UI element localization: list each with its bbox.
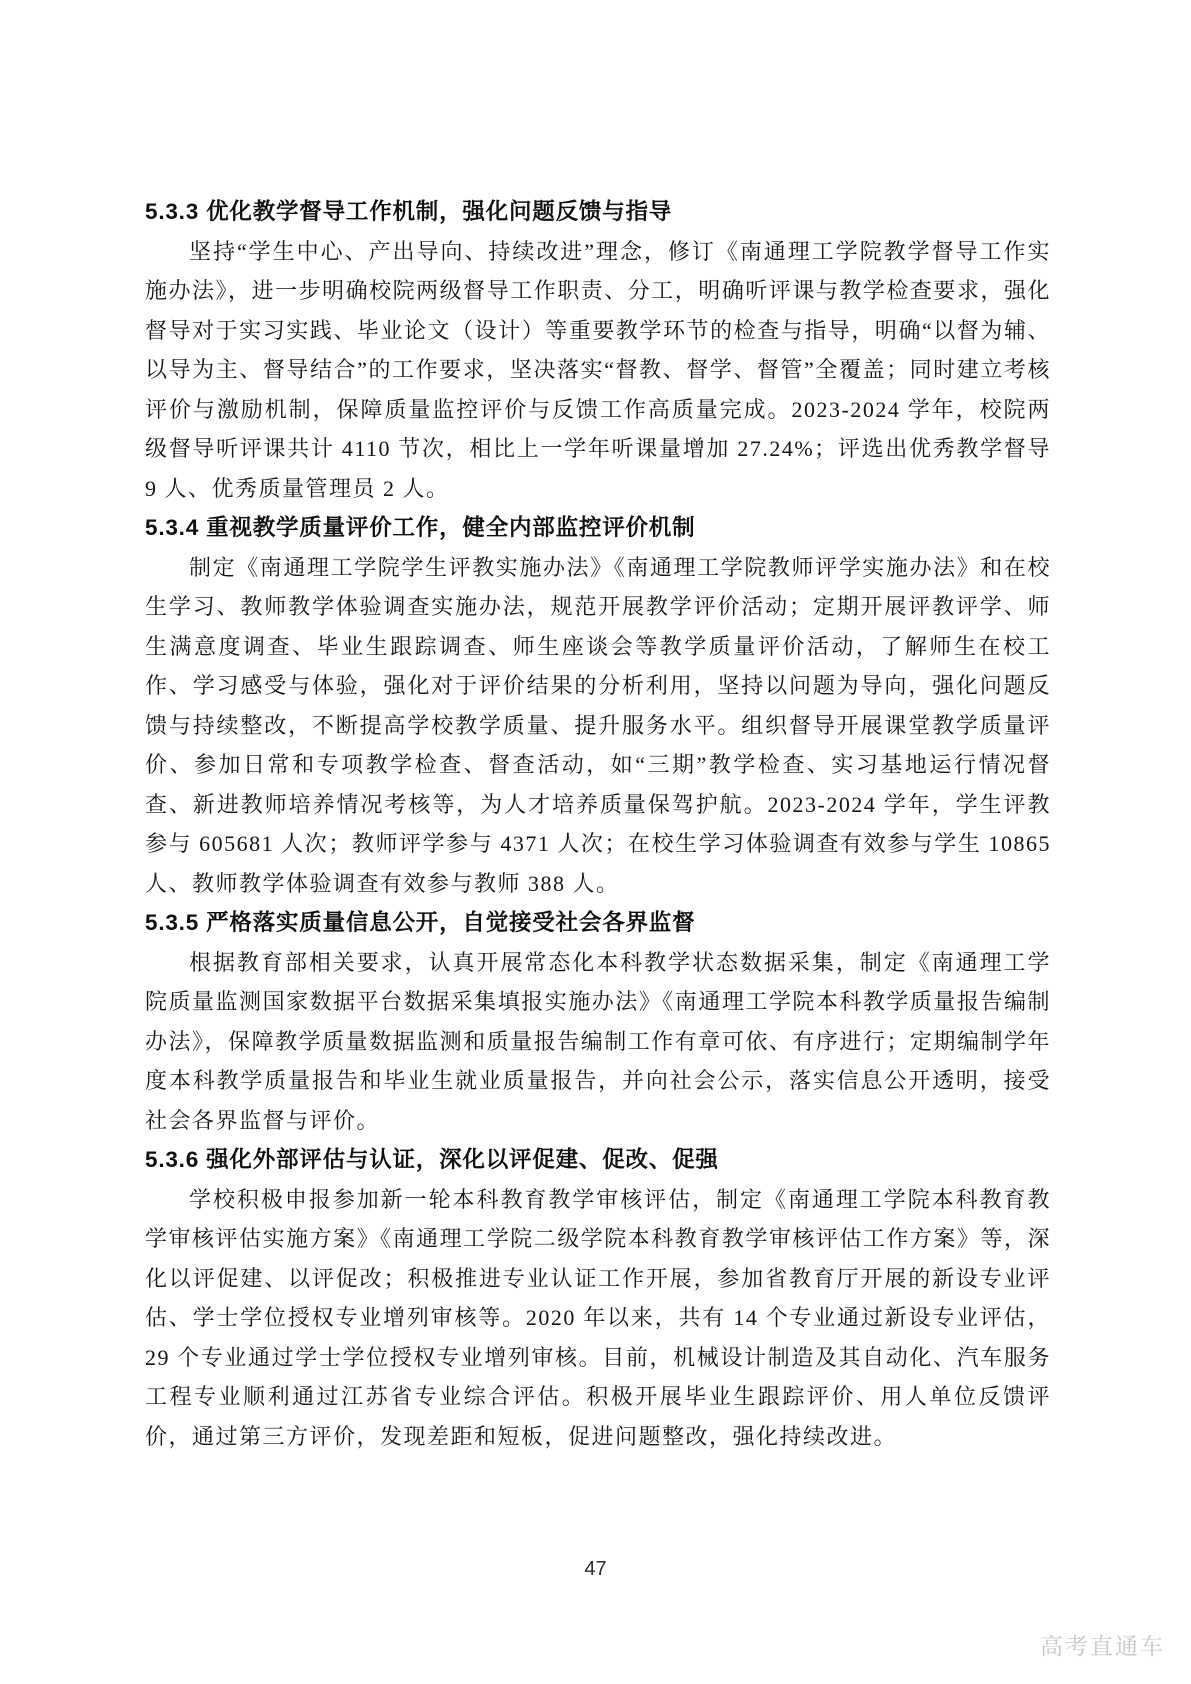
section-5-3-3: 5.3.3 优化教学督导工作机制，强化问题反馈与指导 坚持“学生中心、产出导向、… bbox=[145, 192, 1051, 508]
section-5-3-6: 5.3.6 强化外部评估与认证，深化以评促建、促改、促强 学校积极申报参加新一轮… bbox=[145, 1140, 1051, 1456]
section-heading-5-3-4: 5.3.4 重视教学质量评价工作，健全内部监控评价机制 bbox=[145, 508, 1051, 548]
section-5-3-4: 5.3.4 重视教学质量评价工作，健全内部监控评价机制 制定《南通理工学院学生评… bbox=[145, 508, 1051, 903]
page-number: 47 bbox=[0, 1558, 1191, 1581]
section-heading-5-3-5: 5.3.5 严格落实质量信息公开，自觉接受社会各界监督 bbox=[145, 903, 1051, 943]
section-heading-5-3-6: 5.3.6 强化外部评估与认证，深化以评促建、促改、促强 bbox=[145, 1140, 1051, 1180]
section-paragraph-5-3-4: 制定《南通理工学院学生评教实施办法》《南通理工学院教师评学实施办法》和在校生学习… bbox=[145, 548, 1051, 904]
section-paragraph-5-3-3: 坚持“学生中心、产出导向、持续改进”理念，修订《南通理工学院教学督导工作实施办法… bbox=[145, 232, 1051, 509]
document-body: 5.3.3 优化教学督导工作机制，强化问题反馈与指导 坚持“学生中心、产出导向、… bbox=[145, 192, 1051, 1456]
watermark-text: 高考直通车 bbox=[1040, 1628, 1165, 1661]
section-paragraph-5-3-6: 学校积极申报参加新一轮本科教育教学审核评估，制定《南通理工学院本科教育教学审核评… bbox=[145, 1180, 1051, 1457]
section-5-3-5: 5.3.5 严格落实质量信息公开，自觉接受社会各界监督 根据教育部相关要求，认真… bbox=[145, 903, 1051, 1140]
section-heading-5-3-3: 5.3.3 优化教学督导工作机制，强化问题反馈与指导 bbox=[145, 192, 1051, 232]
document-page: 5.3.3 优化教学督导工作机制，强化问题反馈与指导 坚持“学生中心、产出导向、… bbox=[0, 0, 1191, 1684]
section-paragraph-5-3-5: 根据教育部相关要求，认真开展常态化本科教学状态数据采集，制定《南通理工学院质量监… bbox=[145, 943, 1051, 1141]
